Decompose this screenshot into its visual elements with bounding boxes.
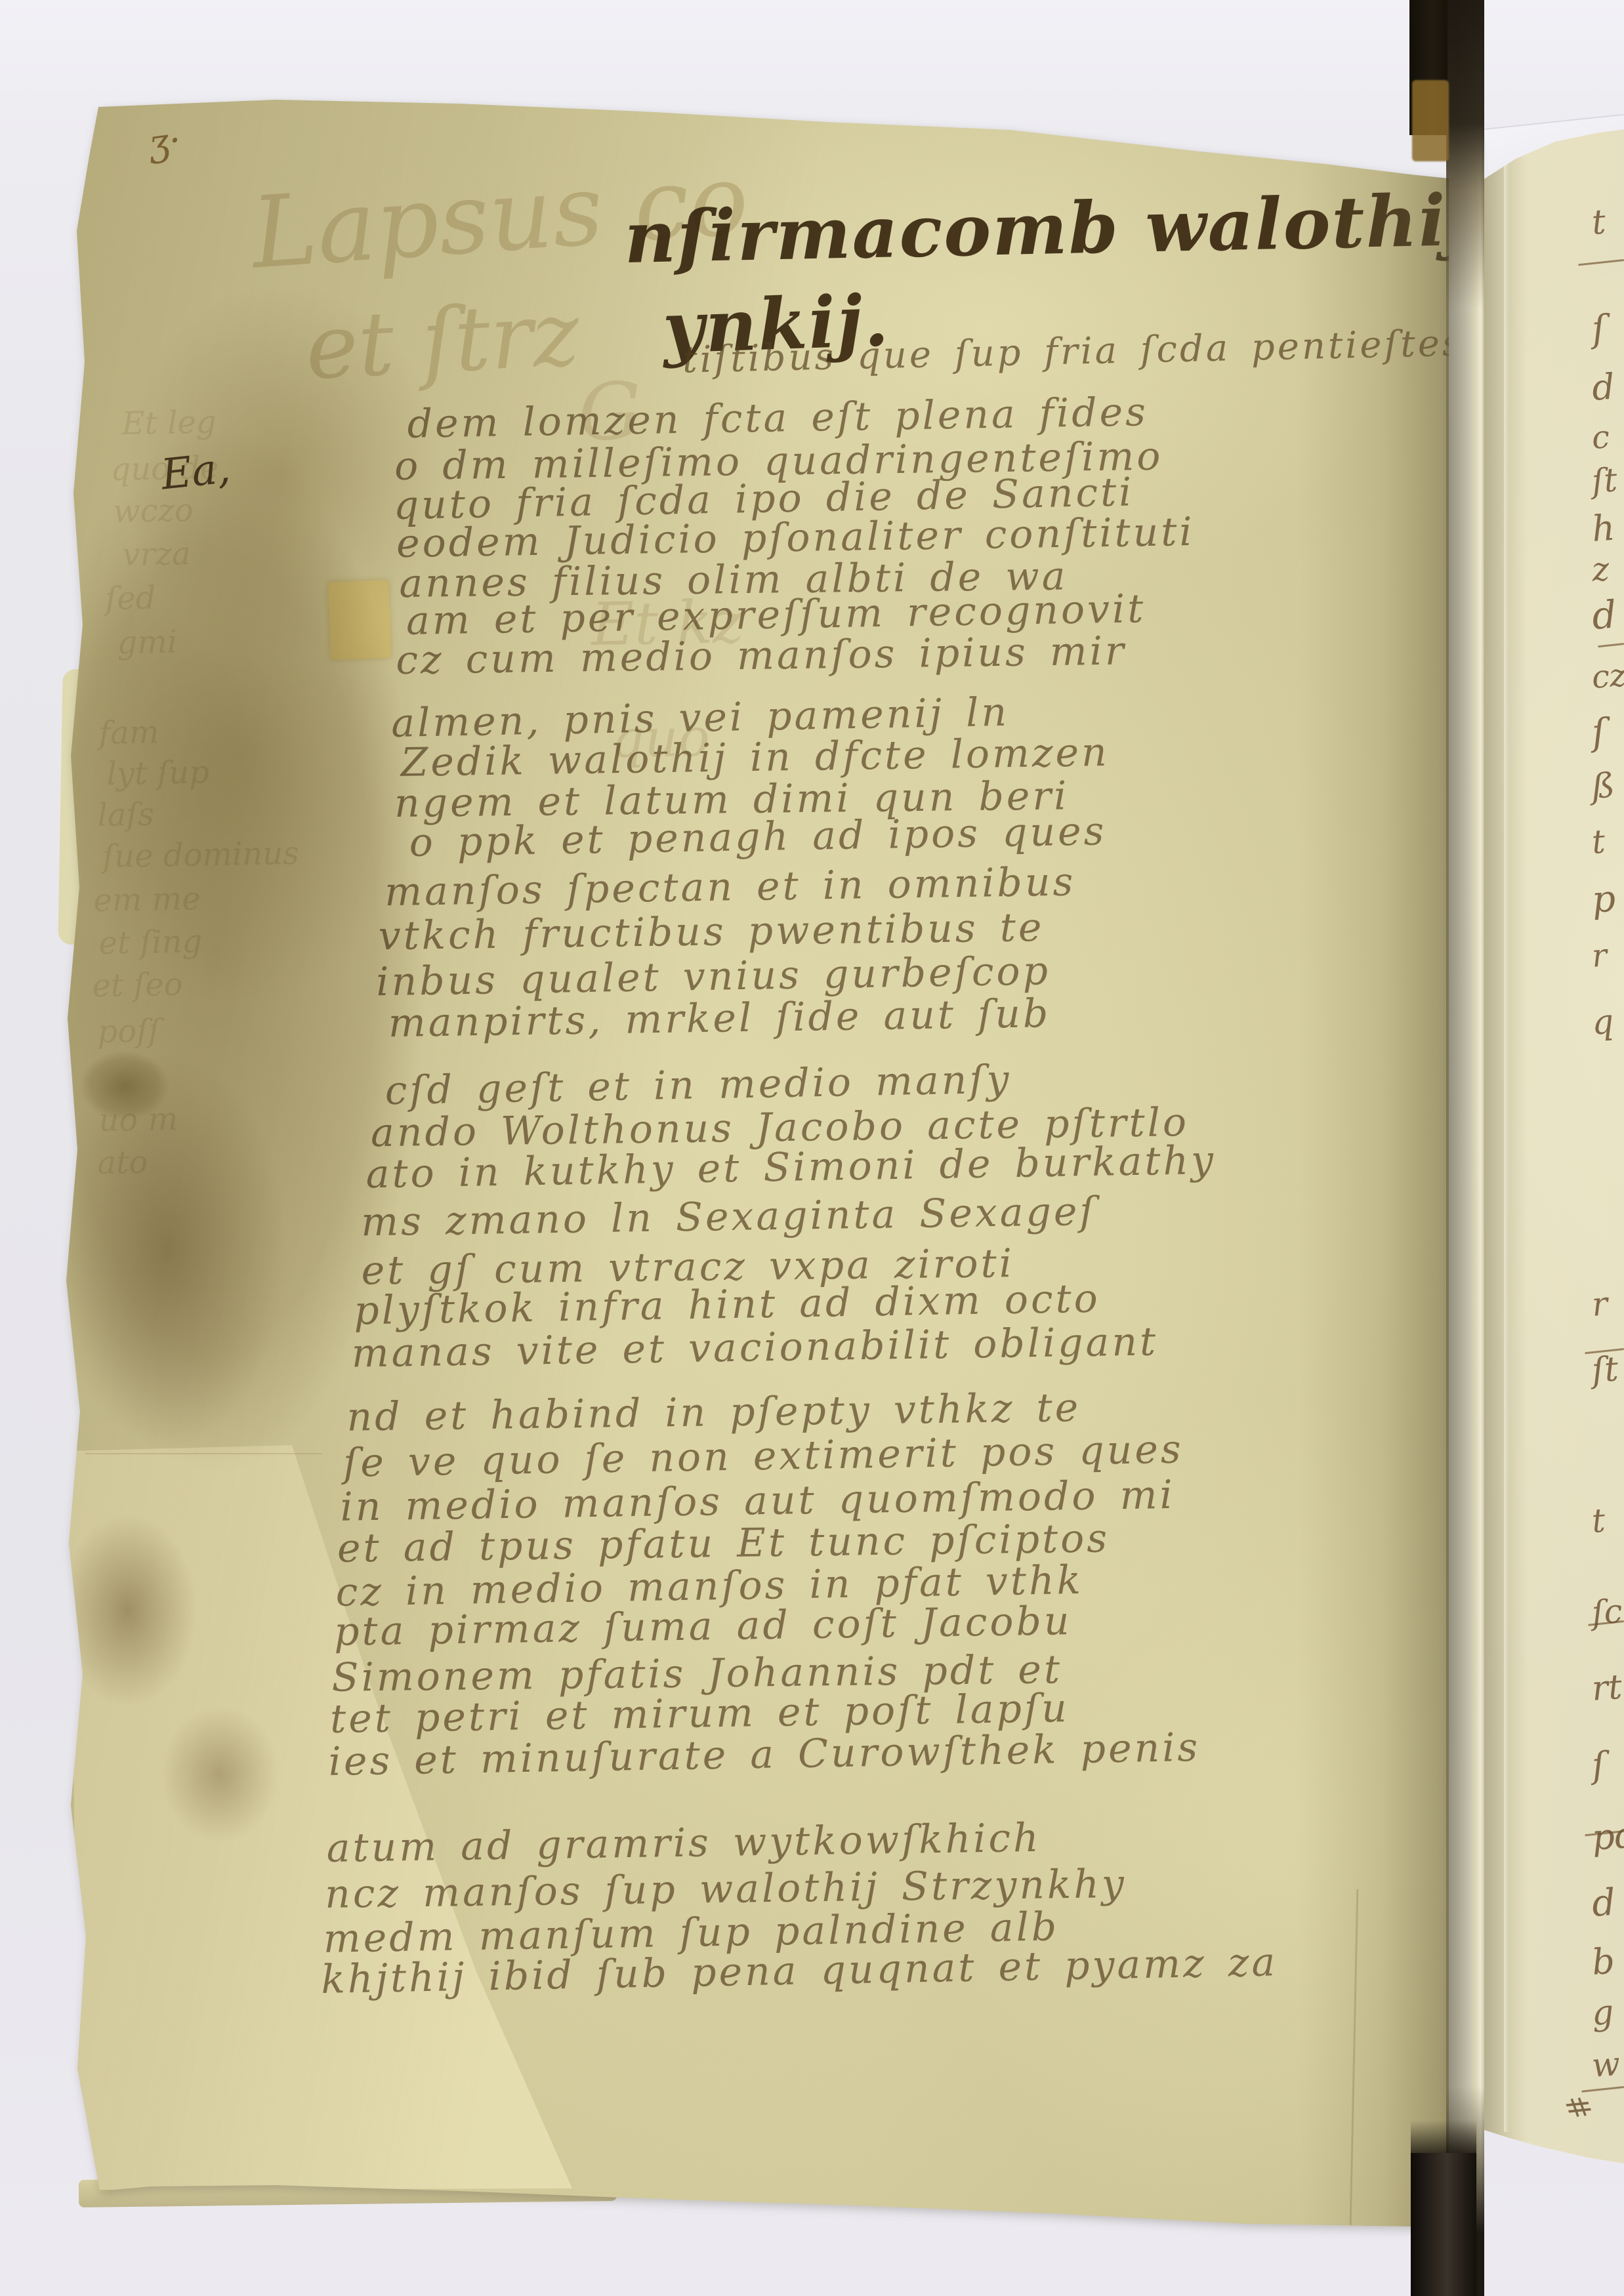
adjacent-page-letter-fragment: d bbox=[1591, 366, 1616, 409]
adjacent-page-letter-fragment: # bbox=[1557, 2089, 1599, 2125]
glass-clamp-strip-top-shade bbox=[1446, 0, 1484, 308]
binding-rod-gold-fitting bbox=[1412, 80, 1449, 161]
adjacent-page-letter-fragment: p bbox=[1591, 877, 1617, 921]
gutter-shadow bbox=[1299, 98, 1450, 2237]
binding-rod-bottom bbox=[1411, 2153, 1476, 2296]
adjacent-page-letter-fragment: ſt bbox=[1591, 1349, 1619, 1391]
adjacent-page-letter-fragment: d bbox=[1591, 1881, 1617, 1925]
manuscript-page: Et legquo dewczovrzaſedgmifamlyt ſuplaſs… bbox=[0, 0, 1624, 2296]
adjacent-page-letter-fragment: rt bbox=[1591, 1668, 1623, 1709]
adjacent-page-letter-fragment: d bbox=[1591, 592, 1618, 638]
adjacent-page-letter-fragment: b bbox=[1591, 1940, 1616, 1983]
manuscript-text-line: cz cum medio manſos ipius mir bbox=[396, 628, 1127, 684]
manuscript-text-line: manpirts, mrkel ſide aut ſub bbox=[388, 991, 1051, 1046]
main-page-wrap: Et legquo dewczovrzaſedgmifamlyt ſuplaſs… bbox=[0, 0, 1624, 2296]
adjacent-page-letter-fragment: r bbox=[1591, 1284, 1609, 1324]
adjacent-page-letter-fragment: ſ bbox=[1591, 1744, 1606, 1786]
manuscript-text-line: ms zmano ln Sexaginta Sexageſ bbox=[361, 1189, 1097, 1246]
adjacent-page-letter-fragment: g bbox=[1591, 1993, 1615, 2034]
adjacent-page-letter-fragment: t bbox=[1591, 203, 1607, 243]
adjacent-page-pen-stroke bbox=[1598, 643, 1624, 647]
adjacent-page-letter-fragment: cz bbox=[1591, 657, 1624, 696]
adjacent-page-letter-fragment: ſt bbox=[1591, 461, 1619, 501]
adjacent-page-letter-fragment: pd bbox=[1591, 1814, 1624, 1858]
manuscript-photo-scene: Et legquo dewczovrzaſedgmifamlyt ſuplaſs… bbox=[0, 0, 1624, 2296]
adjacent-page-pen-stroke bbox=[1578, 259, 1624, 266]
adjacent-page-letter-fragment: h bbox=[1591, 507, 1616, 550]
adjacent-page-letter-fragment: r bbox=[1591, 937, 1608, 974]
adjacent-page-pen-stroke bbox=[1581, 2086, 1624, 2093]
adjacent-page-letter-fragment: t bbox=[1591, 823, 1606, 861]
adjacent-page-letter-fragment: ſc bbox=[1591, 1592, 1623, 1632]
binding-rod-bottom-shadow bbox=[1411, 2120, 1476, 2154]
adjacent-page-letter-fragment: t bbox=[1591, 1502, 1606, 1540]
adjacent-page-letter-fragment: w bbox=[1591, 2045, 1621, 2085]
adjacent-page-letter-fragment: ß bbox=[1591, 766, 1616, 807]
adjacent-page-letter-fragment: ſ bbox=[1591, 308, 1607, 351]
adjacent-page-letter-fragment: q bbox=[1591, 1002, 1615, 1043]
adjacent-page-letter-fragment: z bbox=[1591, 550, 1610, 589]
adjacent-page-letter-fragment: c bbox=[1591, 419, 1611, 457]
glass-clamp-strip bbox=[1446, 0, 1484, 2296]
adjacent-page-letter-fragment: ſ bbox=[1591, 711, 1607, 754]
